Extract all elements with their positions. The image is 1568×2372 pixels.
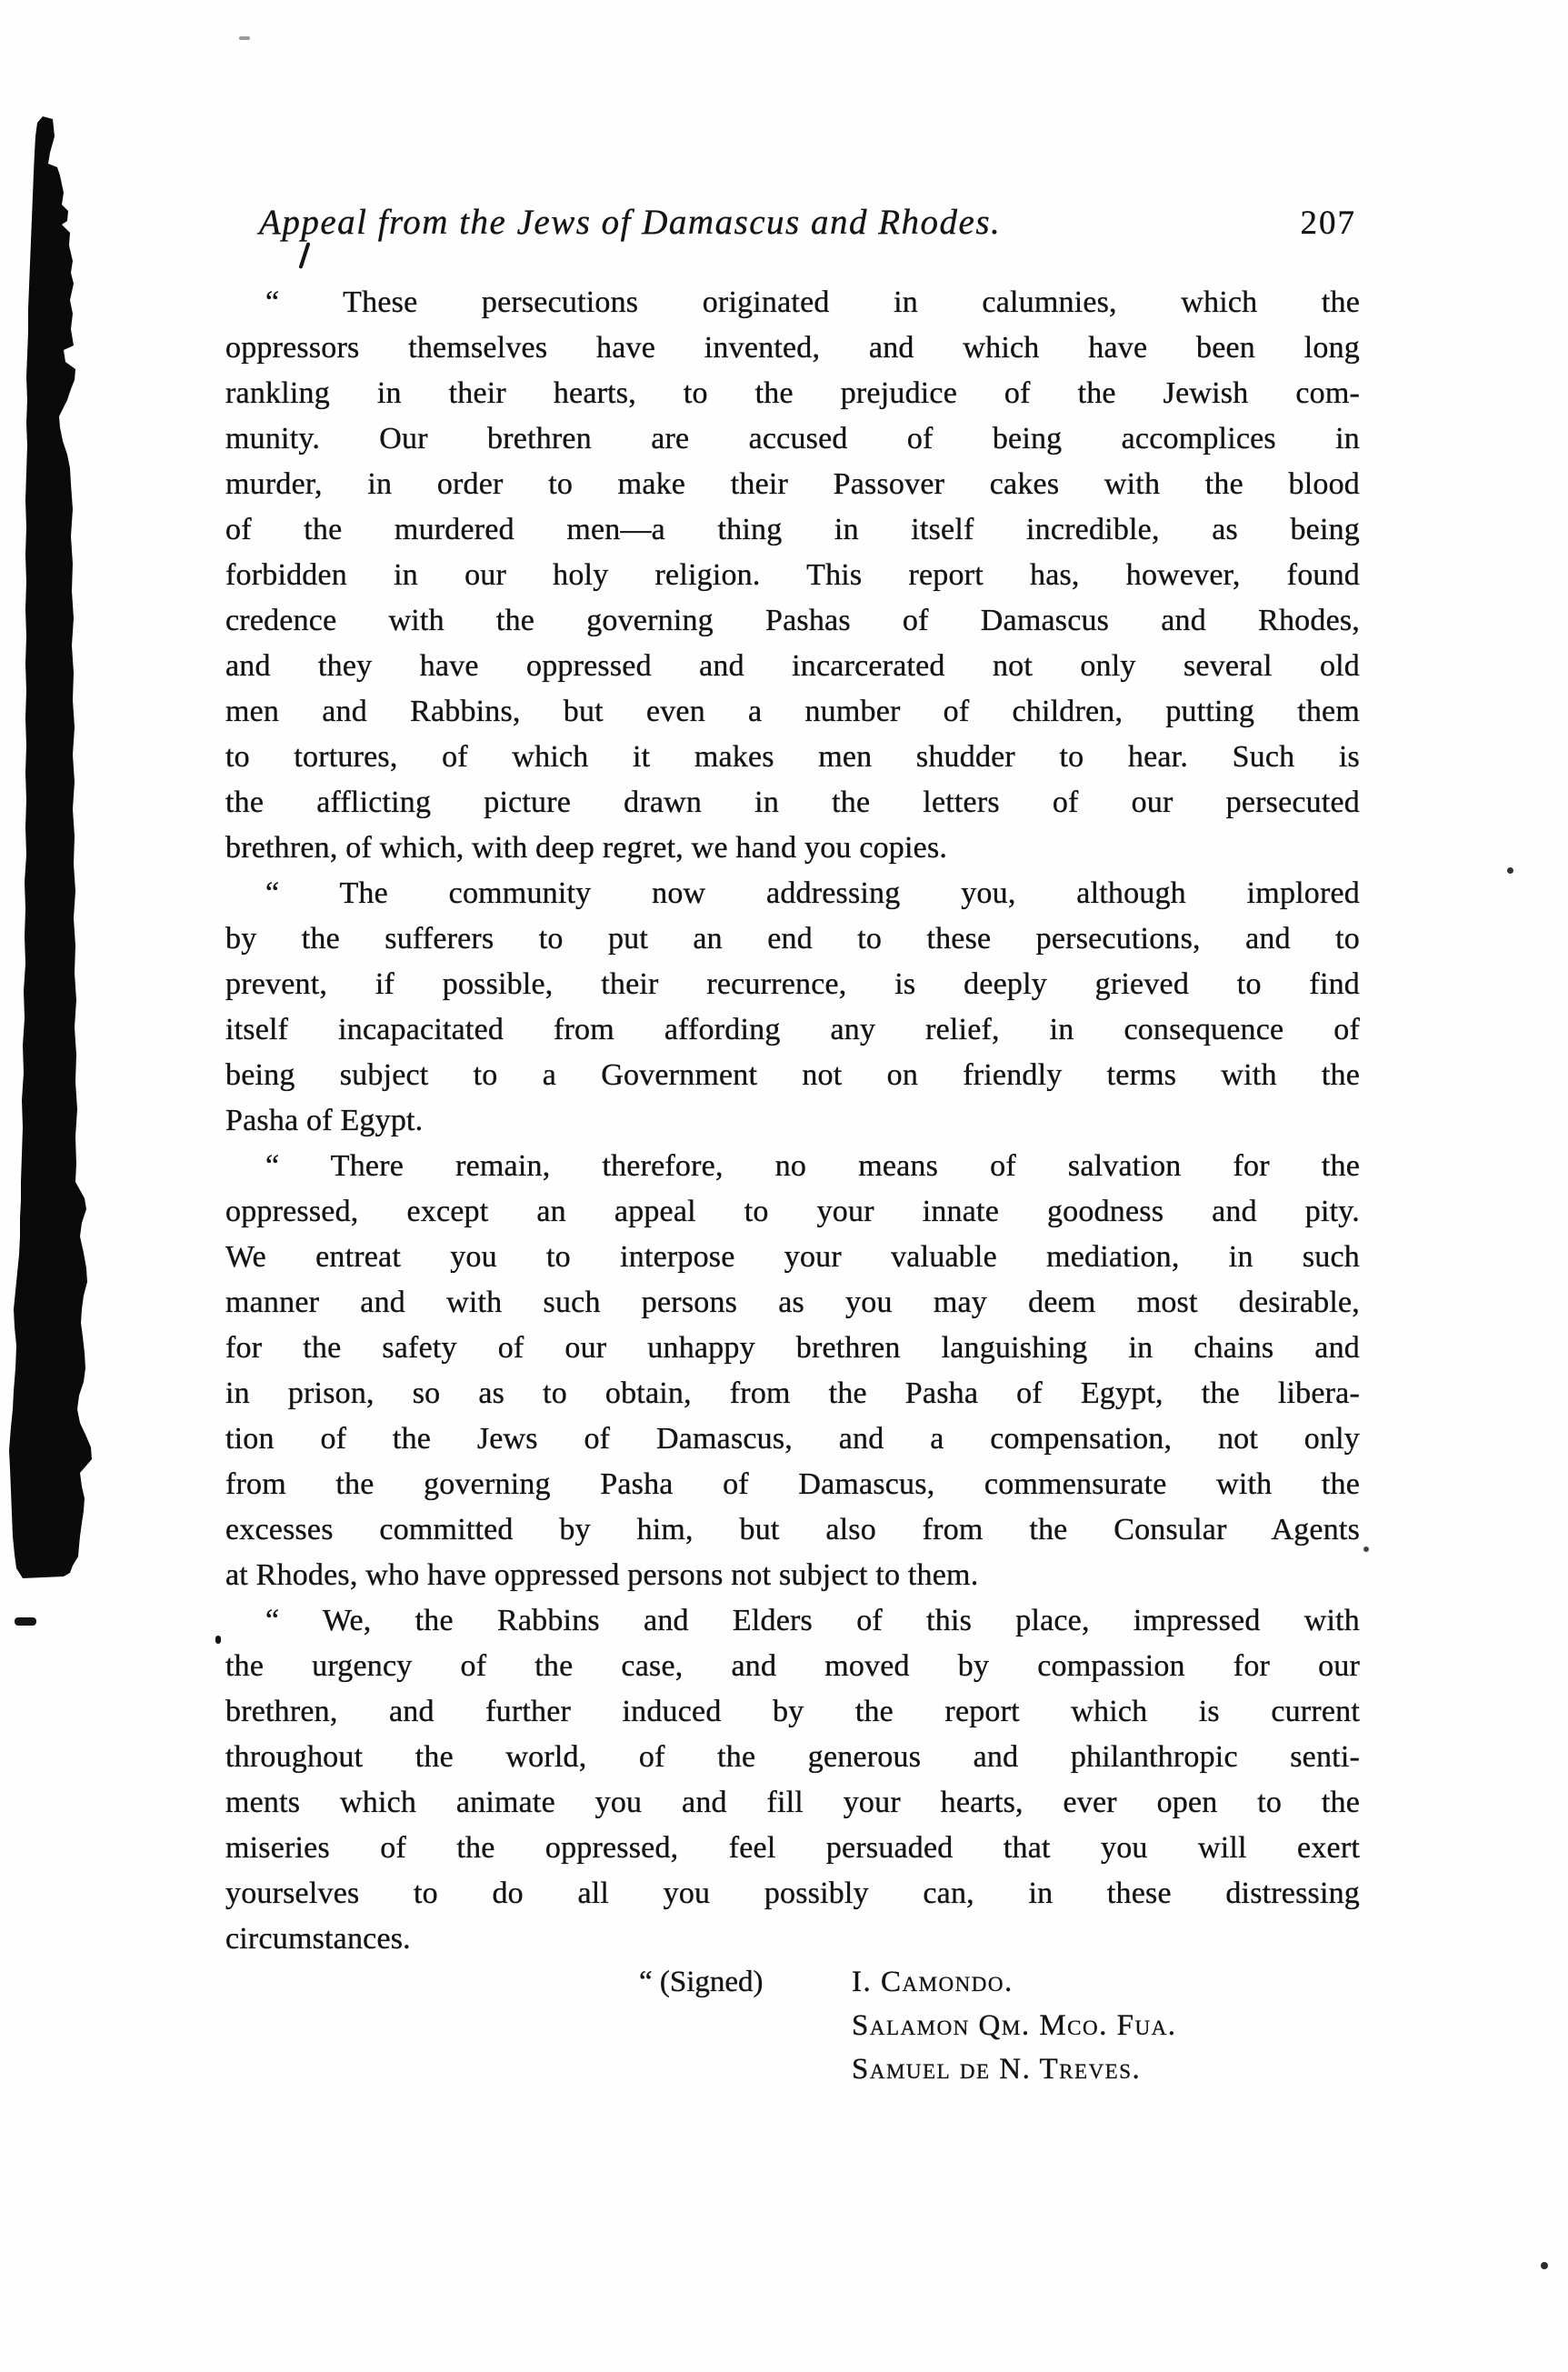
signature-block: “ (Signed) I. Camondo. Salamon Qm. Mco. … (639, 1960, 1176, 2091)
letter-line: forbidden in our holy religion. This rep… (225, 553, 1360, 598)
letter-line: murder, in order to make their Passover … (225, 462, 1360, 507)
letter-line: the urgency of the case, and moved by co… (225, 1644, 1360, 1689)
letter-line: at Rhodes, who have oppressed persons no… (225, 1553, 1360, 1598)
letter-line: “ There remain, therefore, no means of s… (225, 1144, 1360, 1189)
margin-smudge-artifact (15, 1617, 36, 1626)
letter-line: men and Rabbins, but even a number of ch… (225, 689, 1360, 735)
margin-dot-artifact (1363, 1546, 1369, 1552)
top-dash-artifact (239, 36, 250, 40)
signed-label: “ (Signed) (639, 1960, 852, 2004)
margin-speck-artifact (215, 1636, 221, 1644)
letter-line: miseries of the oppressed, feel persuade… (225, 1826, 1360, 1871)
letter-line: throughout the world, of the generous an… (225, 1735, 1360, 1780)
letter-line: brethren, and further induced by the rep… (225, 1689, 1360, 1735)
scanned-book-page: Appeal from the Jews of Damascus and Rho… (0, 0, 1568, 2372)
letter-line: to tortures, of which it makes men shudd… (225, 735, 1360, 780)
letter-line: munity. Our brethren are accused of bein… (225, 416, 1360, 462)
letter-line: oppressors themselves have invented, and… (225, 325, 1360, 371)
running-header: Appeal from the Jews of Damascus and Rho… (259, 202, 1356, 243)
letter-line: circumstances. (225, 1917, 1360, 1962)
letter-line: of the murdered men—a thing in itself in… (225, 507, 1360, 553)
letter-line: the afflicting picture drawn in the lett… (225, 780, 1360, 826)
letter-line: manner and with such persons as you may … (225, 1280, 1360, 1326)
signature-name: Salamon Qm. Mco. Fua. (852, 2004, 1176, 2047)
letter-line: and they have oppressed and incarcerated… (225, 644, 1360, 689)
letter-line: ments which animate you and fill your he… (225, 1780, 1360, 1826)
signature-name: I. Camondo. (852, 1960, 1176, 2004)
letter-line: tion of the Jews of Damascus, and a comp… (225, 1416, 1360, 1462)
letter-line: rankling in their hearts, to the prejudi… (225, 371, 1360, 416)
page-number: 207 (1301, 204, 1357, 243)
letter-line: We entreat you to interpose your valuabl… (225, 1235, 1360, 1280)
letter-line: prevent, if possible, their recurrence, … (225, 962, 1360, 1007)
letter-line: in prison, so as to obtain, from the Pas… (225, 1371, 1360, 1416)
letter-line: credence with the governing Pashas of Da… (225, 598, 1360, 644)
letter-line: “ We, the Rabbins and Elders of this pla… (225, 1598, 1360, 1644)
letter-line: for the safety of our unhappy brethren l… (225, 1326, 1360, 1371)
stray-slash-artifact (298, 242, 310, 269)
ink-blob-artifact (0, 0, 109, 1586)
letter-body: “ These persecutions originated in calum… (225, 280, 1360, 1962)
margin-dot-artifact (1507, 867, 1513, 874)
letter-line: itself incapacitated from affording any … (225, 1007, 1360, 1053)
header-title: Appeal from the Jews of Damascus and Rho… (259, 202, 1001, 243)
letter-line: by the sufferers to put an end to these … (225, 916, 1360, 962)
letter-line: Pasha of Egypt. (225, 1098, 1360, 1144)
letter-line: from the governing Pasha of Damascus, co… (225, 1462, 1360, 1507)
letter-line: “ These persecutions originated in calum… (225, 280, 1360, 325)
letter-line: being subject to a Government not on fri… (225, 1053, 1360, 1098)
letter-line: “ The community now addressing you, alth… (225, 871, 1360, 916)
letter-line: oppressed, except an appeal to your inna… (225, 1189, 1360, 1235)
signature-name: Samuel de N. Treves. (852, 2047, 1176, 2091)
margin-dot-artifact (1541, 2262, 1548, 2269)
letter-line: brethren, of which, with deep regret, we… (225, 826, 1360, 871)
letter-line: yourselves to do all you possibly can, i… (225, 1871, 1360, 1917)
letter-line: excesses committed by him, but also from… (225, 1507, 1360, 1553)
